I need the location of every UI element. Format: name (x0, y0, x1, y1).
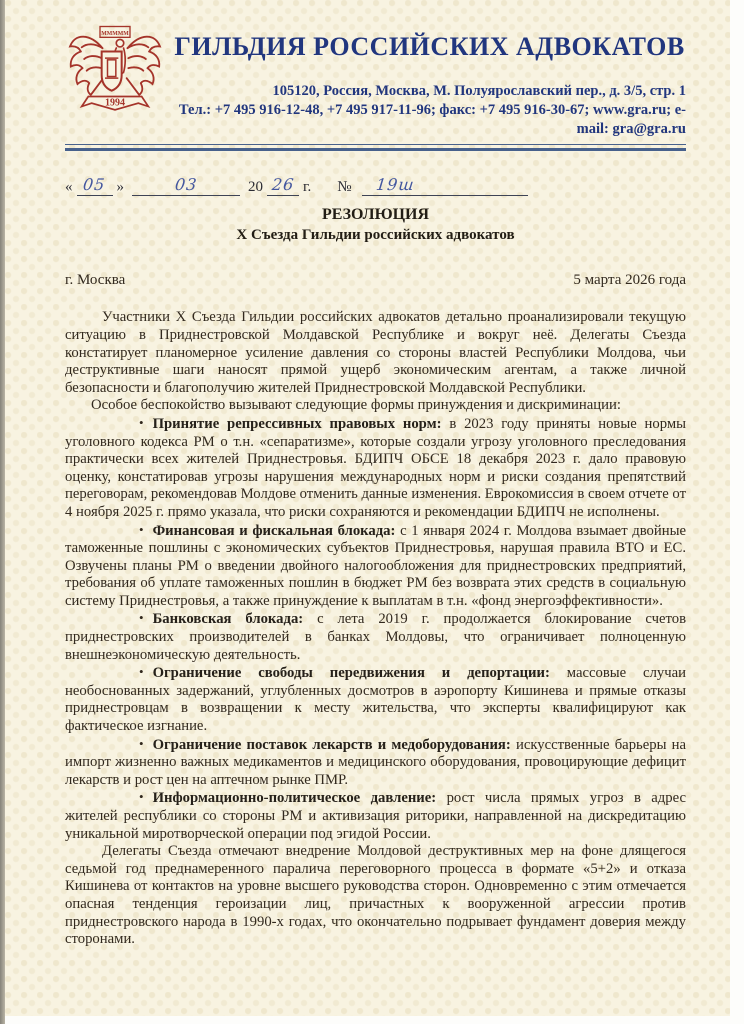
bullet-icon: • (102, 788, 144, 806)
bullet-item-repressive-norms: •Принятие репрессивных правовых норм: в … (65, 415, 686, 522)
guild-emblem-icon: МММММ 1994 (65, 18, 165, 130)
resolution-body: Участники X Съезда Гильдии российских ад… (65, 309, 686, 948)
number-label: № (337, 179, 351, 196)
logo-top-text: МММММ (101, 31, 129, 37)
bullet-label: Банковская блокада: (153, 611, 304, 627)
doc-date-number-line: « 05 » 03 20 26 г. № 19ш (65, 177, 686, 196)
resolution-subtitle: X Съезда Гильдии российских адвокатов (65, 227, 686, 244)
bullet-icon: • (102, 414, 144, 432)
document-place: г. Москва (65, 272, 125, 289)
address-line-1: 105120, Россия, Москва, М. Полуярославск… (173, 82, 686, 101)
bullet-icon: • (102, 663, 144, 681)
quote-open: « (65, 179, 73, 196)
year-suffix: г. (303, 179, 311, 196)
paragraph-delegates-conclusion: Делегаты Съезда отмечают внедрение Молдо… (65, 843, 686, 949)
logo-year-text: 1994 (105, 98, 125, 109)
resolution-title: РЕЗОЛЮЦИЯ (65, 206, 686, 224)
bullet-icon: • (102, 609, 144, 627)
document-date: 5 марта 2026 года (573, 272, 686, 289)
bullet-label: Информационно-политическое давление: (153, 790, 437, 806)
bullet-label: Финансовая и фискальная блокада: (153, 523, 396, 539)
doc-year-value: 26 (271, 177, 295, 193)
guild-emblem-logo: МММММ 1994 (65, 14, 173, 135)
bullet-icon: • (102, 735, 144, 753)
bullet-label: Ограничение поставок лекарств и медобору… (153, 737, 511, 753)
document-paper: МММММ 1994 (5, 0, 730, 1016)
bullet-item-movement-restrictions: •Ограничение свободы передвижения и депо… (65, 664, 686, 735)
place-date-row: г. Москва 5 марта 2026 года (65, 272, 686, 289)
address-line-2: Тел.: +7 495 916-12-48, +7 495 917-11-96… (173, 101, 686, 139)
year-prefix: 20 (248, 179, 263, 196)
paragraph-intro: Участники X Съезда Гильдии российских ад… (65, 309, 686, 397)
doc-number-value: 19ш (375, 177, 415, 193)
bullet-icon: • (102, 521, 144, 539)
bullet-label: Ограничение свободы передвижения и депор… (153, 665, 550, 681)
doc-day-value: 05 (82, 177, 106, 193)
scanned-document-page: { "header": { "org_name": "ГИЛЬДИЯ РОССИ… (0, 0, 744, 1024)
doc-month-value: 03 (174, 177, 198, 193)
bullet-item-banking-blockade: •Банковская блокада: с лета 2019 г. прод… (65, 610, 686, 664)
bullet-item-information-pressure: •Информационно-политическое давление: ро… (65, 789, 686, 843)
bullet-item-medicine-restrictions: •Ограничение поставок лекарств и медобор… (65, 736, 686, 790)
bullet-label: Принятие репрессивных правовых норм: (153, 416, 442, 432)
letterhead: МММММ 1994 (65, 14, 686, 139)
quote-close: » (117, 179, 125, 196)
paragraph-concerns-lead: Особое беспокойство вызывают следующие ф… (65, 397, 686, 415)
org-name: ГИЛЬДИЯ РОССИЙСКИХ АДВОКАТОВ (173, 32, 686, 62)
org-address: 105120, Россия, Москва, М. Полуярославск… (173, 82, 686, 139)
letterhead-rule (65, 144, 686, 151)
bullet-item-financial-blockade: •Финансовая и фискальная блокада: с 1 ян… (65, 522, 686, 611)
